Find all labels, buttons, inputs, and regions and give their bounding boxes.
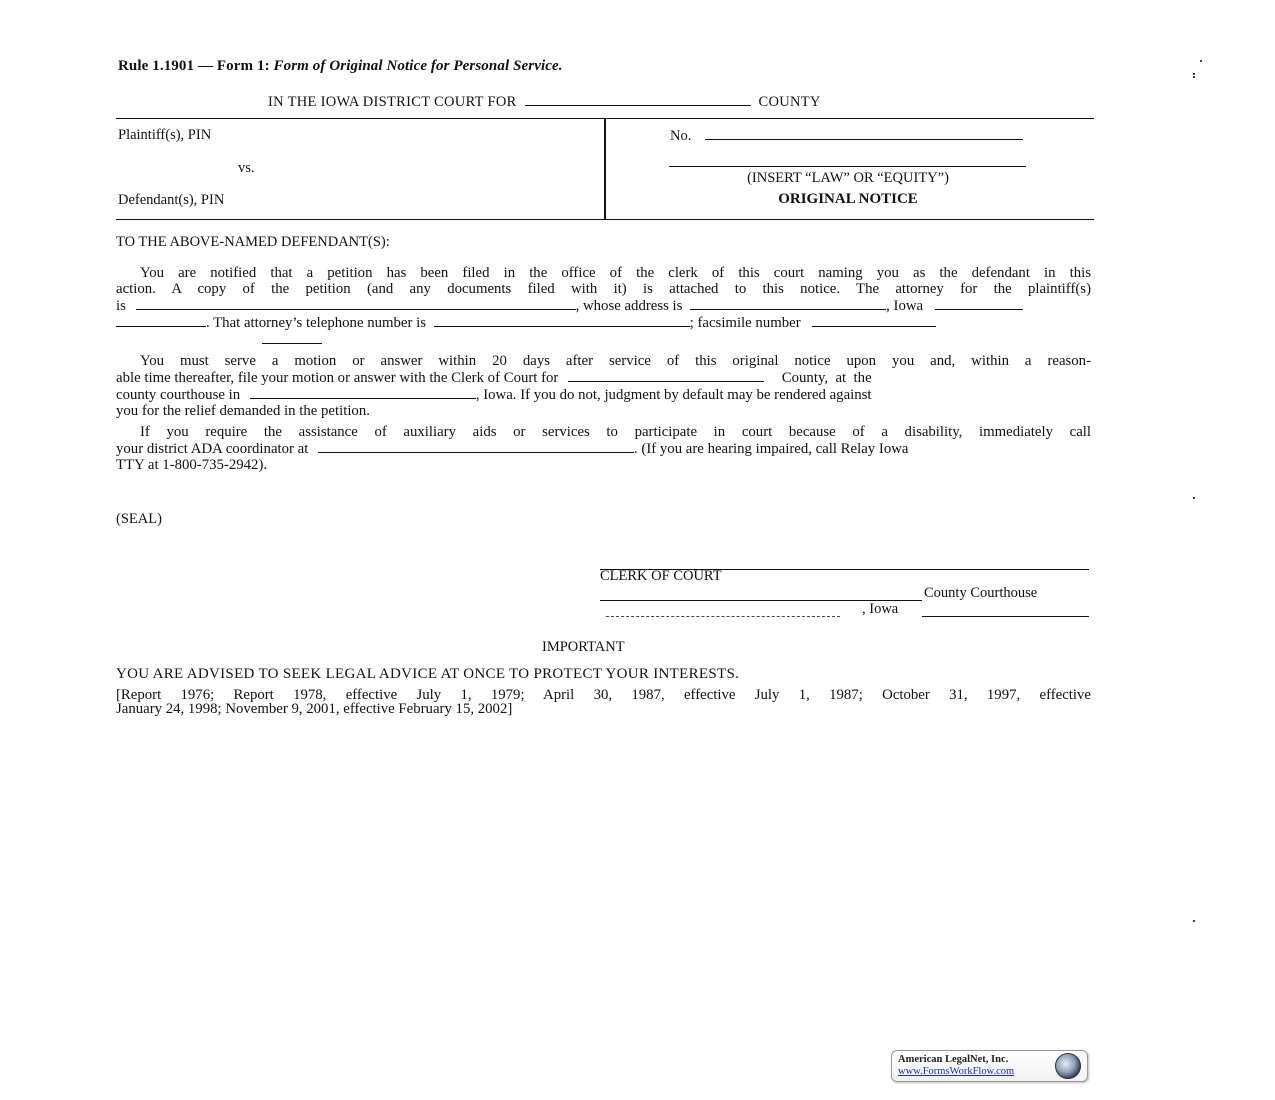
case-number-field[interactable]: [705, 127, 1023, 140]
p1-line-4: . That attorney’s telephone number is ; …: [116, 314, 1091, 331]
caption-bottom-rule: [116, 219, 1094, 220]
legal-advice-notice: YOU ARE ADVISED TO SEEK LEGAL ADVICE AT …: [116, 666, 739, 683]
default-judgment-label: , Iowa. If you do not, judgment by defau…: [476, 387, 872, 403]
court-line: IN THE IOWA DISTRICT COURT FOR COUNTY: [268, 93, 821, 111]
whose-address-label: , whose address is: [576, 298, 683, 314]
salutation: TO THE ABOVE-NAMED DEFENDANT(S):: [116, 234, 390, 251]
p1-line-5: [116, 331, 1091, 348]
relay-iowa-label: . (If you are hearing impaired, call Rel…: [634, 441, 908, 457]
logo-url-link[interactable]: www.FormsWorkFlow.com: [898, 1066, 1014, 1077]
ada-phone-field[interactable]: [318, 440, 634, 453]
courthouse-in-label: county courthouse in: [116, 387, 240, 403]
plaintiff-label: Plaintiff(s), PIN: [118, 127, 211, 144]
p3-line-3: TTY at 1-800-735-2942).: [116, 457, 1091, 473]
scan-artifact: [1193, 76, 1195, 78]
p2-line-3: county courthouse in , Iowa. If you do n…: [116, 386, 1091, 403]
county-field[interactable]: [525, 93, 751, 106]
paragraph-petition: You are notified that a petition has bee…: [116, 265, 1091, 348]
defendant-label: Defendant(s), PIN: [118, 192, 224, 209]
fax-label: ; facsimile number: [690, 315, 801, 331]
court-suffix: COUNTY: [758, 94, 820, 110]
scan-artifact: [1193, 73, 1195, 75]
attorney-zip-cont-field[interactable]: [116, 314, 206, 327]
clerk-city-field[interactable]: [606, 603, 840, 617]
ada-coordinator-label: your district ADA coordinator at: [116, 441, 308, 457]
attorney-fax-field[interactable]: [812, 314, 936, 327]
court-prefix: IN THE IOWA DISTRICT COURT FOR: [268, 94, 517, 110]
iowa-label: , Iowa: [886, 298, 923, 314]
law-or-equity-field[interactable]: [669, 153, 1026, 167]
attorney-address-field[interactable]: [690, 297, 886, 310]
clerk-county-field[interactable]: [568, 369, 764, 382]
scan-artifact: [1193, 920, 1195, 922]
attorney-fax-cont-field[interactable]: [262, 331, 322, 344]
clerk-iowa-label: , Iowa: [862, 601, 898, 618]
attorney-name-field[interactable]: [136, 297, 576, 310]
p2-line-4: you for the relief demanded in the petit…: [116, 403, 1091, 419]
logo-company: American LegalNet, Inc.: [898, 1054, 1008, 1065]
history-line-2: January 24, 1998; November 9, 2001, effe…: [116, 702, 1091, 716]
courthouse-county-field[interactable]: [600, 586, 922, 601]
scan-artifact: [1200, 60, 1202, 62]
paragraph-answer: You must serve a motion or answer within…: [116, 353, 1091, 419]
form-heading: Rule 1.1901 — Form 1: Form of Original N…: [118, 58, 563, 75]
clerk-zip-field[interactable]: [922, 603, 1089, 617]
is-label: is: [116, 298, 126, 314]
form-title: Form of Original Notice for Personal Ser…: [274, 58, 563, 74]
clerk-for-label: able time thereafter, file your motion o…: [116, 370, 558, 386]
insert-label: (INSERT “LAW” OR “EQUITY”): [668, 170, 1028, 187]
phone-label: . That attorney’s telephone number is: [206, 315, 426, 331]
attorney-phone-field[interactable]: [434, 314, 690, 327]
history-line-1: [Report 1976; Report 1978, effective Jul…: [116, 688, 1091, 702]
caption-divider: [604, 119, 606, 219]
p1-line-3: is , whose address is , Iowa: [116, 297, 1091, 314]
vs-label: vs.: [238, 160, 255, 177]
globe-icon: [1055, 1053, 1081, 1079]
attorney-zip-field[interactable]: [935, 297, 1023, 310]
p2-line-2: able time thereafter, file your motion o…: [116, 369, 1091, 386]
scan-artifact: [1193, 497, 1195, 499]
clerk-of-court-label: CLERK OF COURT: [600, 568, 722, 585]
p2-line-1: You must serve a motion or answer within…: [116, 353, 1091, 369]
p3-line-1: If you require the assistance of auxilia…: [116, 424, 1091, 440]
history-note: [Report 1976; Report 1978, effective Jul…: [116, 688, 1091, 716]
seal-label: (SEAL): [116, 511, 162, 528]
p1-line-1: You are notified that a petition has bee…: [116, 265, 1091, 281]
p3-line-2: your district ADA coordinator at . (If y…: [116, 440, 1091, 457]
important-heading: IMPORTANT: [542, 639, 625, 656]
p1-line-2: action. A copy of the petition (and any …: [116, 281, 1091, 297]
courthouse-city-field[interactable]: [250, 386, 476, 399]
rule-label: Rule 1.1901 — Form 1:: [118, 58, 270, 74]
case-number-label: No.: [670, 128, 691, 144]
county-at-the-label: County, at the: [782, 370, 872, 386]
american-legalnet-logo[interactable]: American LegalNet, Inc. www.FormsWorkFlo…: [891, 1050, 1088, 1082]
paragraph-ada: If you require the assistance of auxilia…: [116, 424, 1091, 473]
case-number-row: No.: [670, 127, 1023, 145]
county-courthouse-label: County Courthouse: [924, 585, 1037, 602]
notice-title: ORIGINAL NOTICE: [668, 191, 1028, 208]
